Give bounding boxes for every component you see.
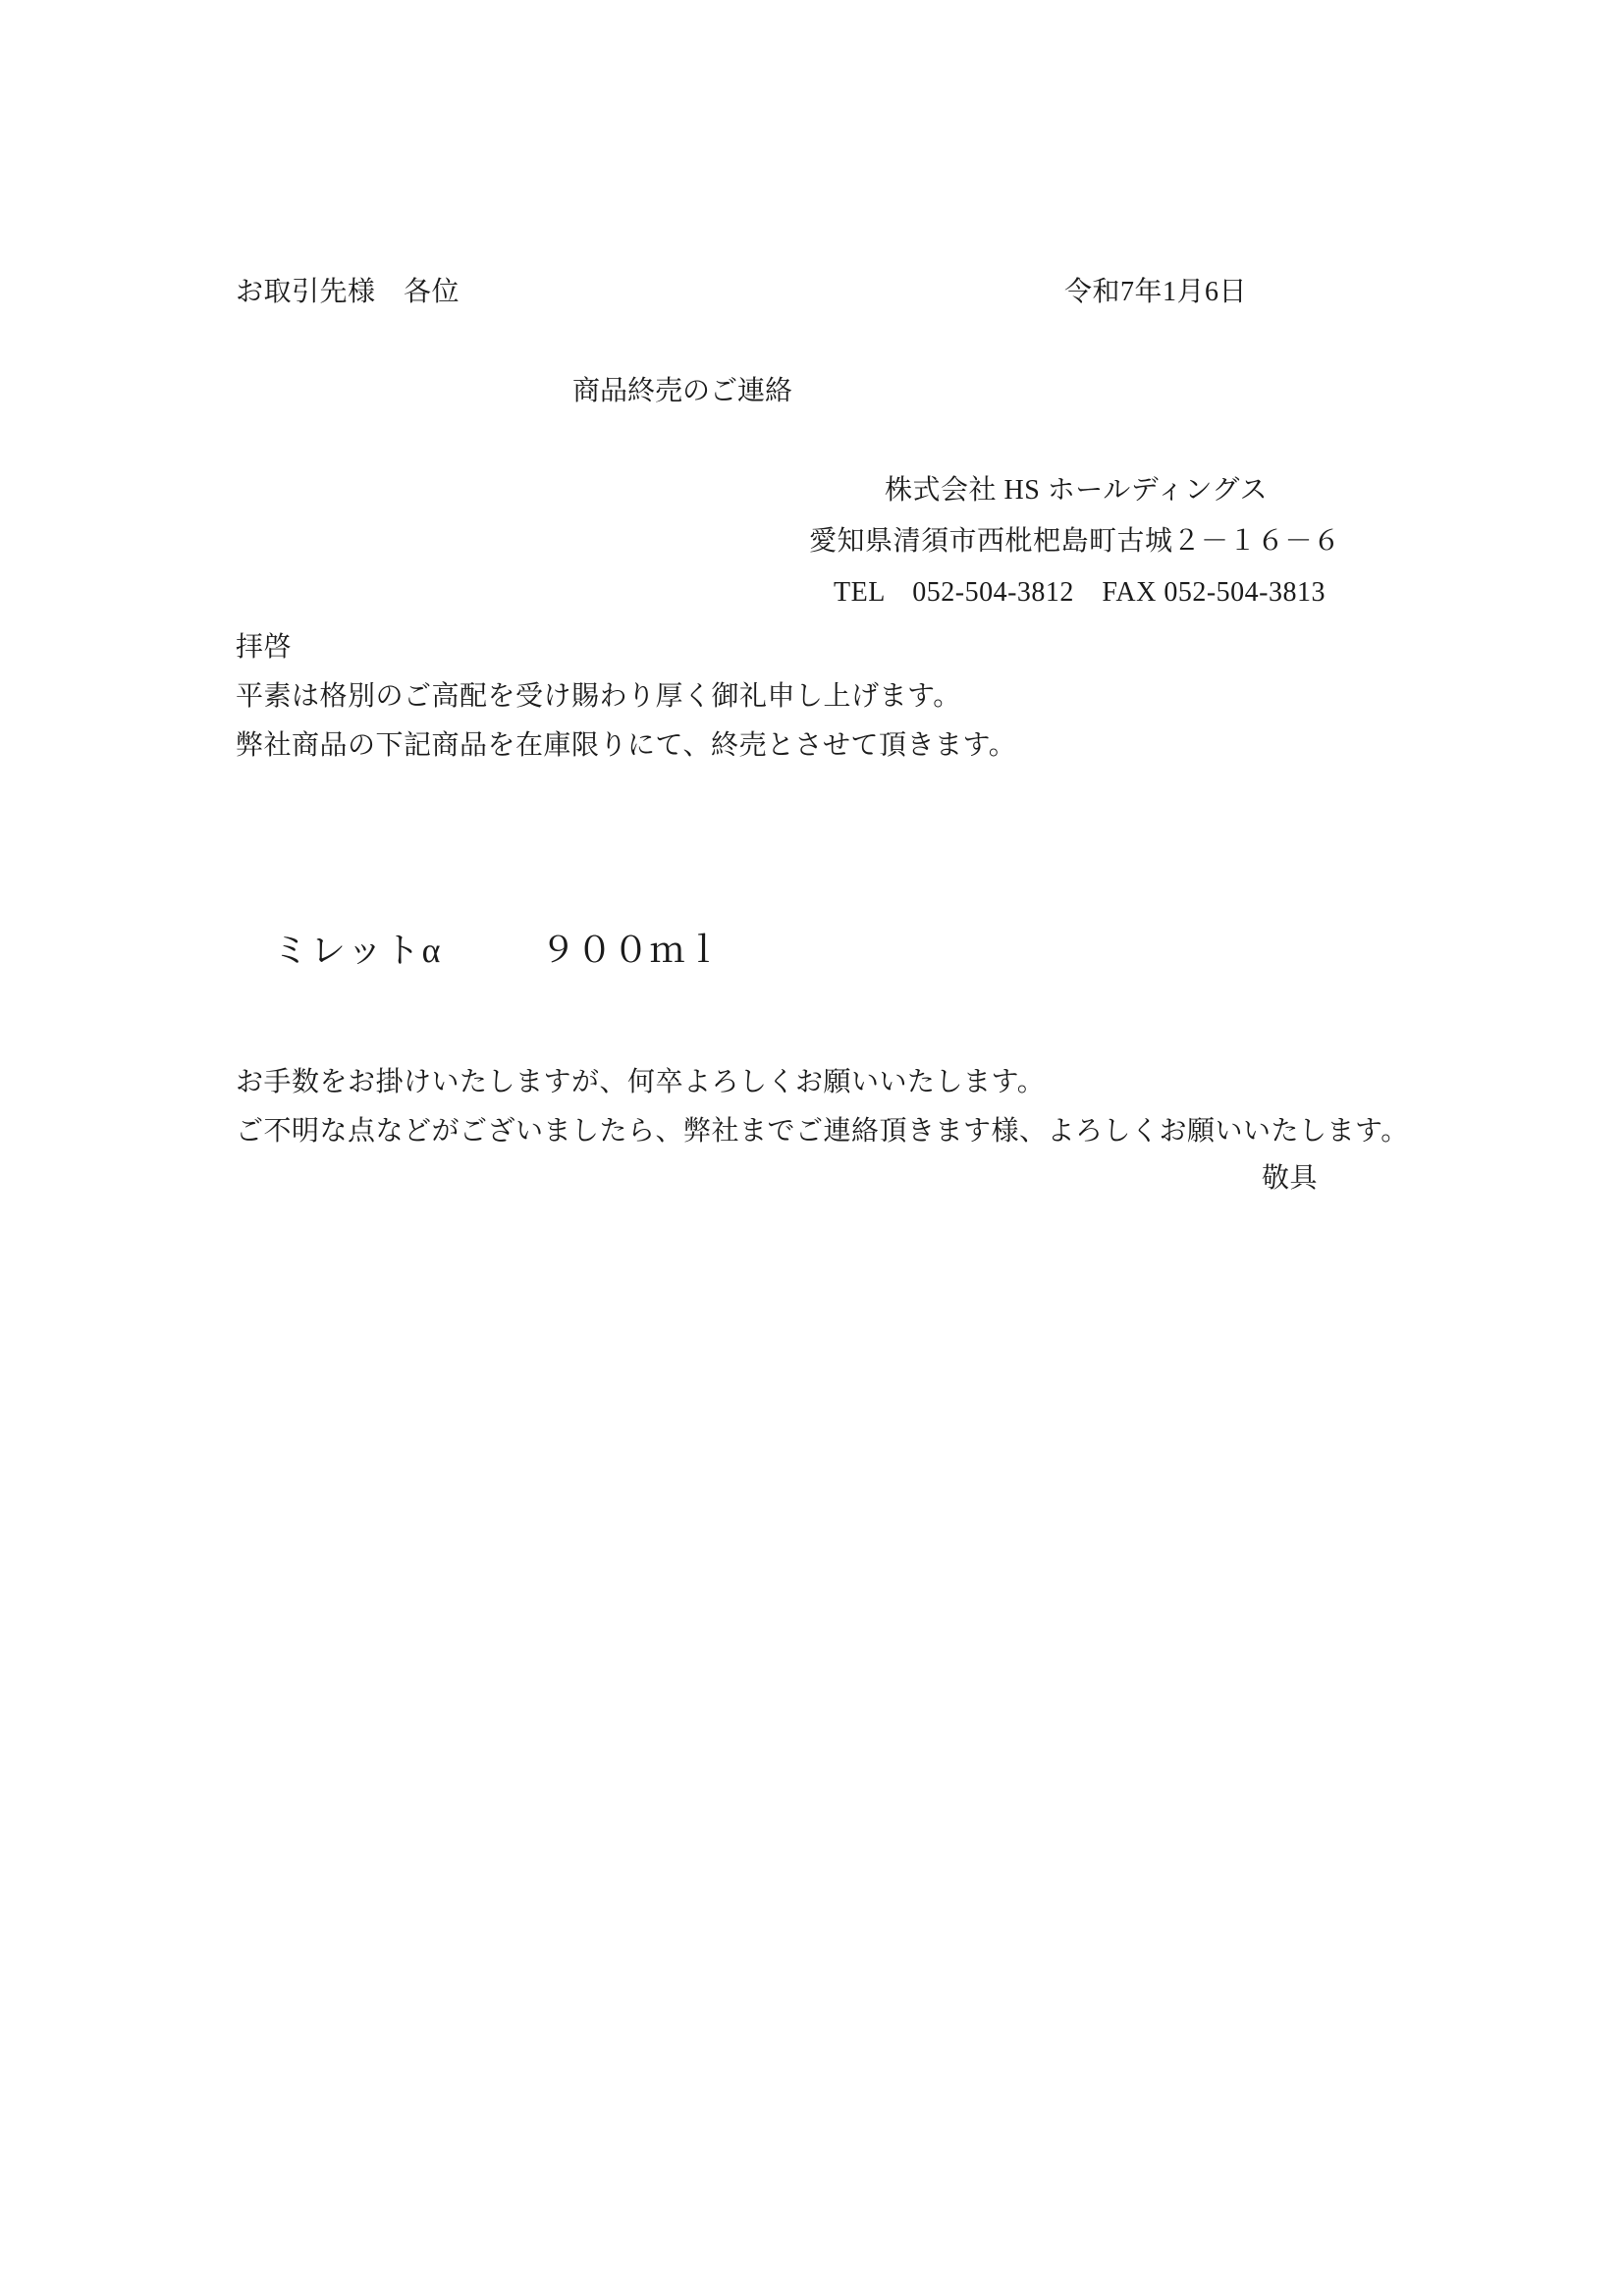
document-page: お取引先様 各位 令和7年1月6日 商品終売のご連絡 株式会社 HS ホールディ… — [0, 0, 1624, 2296]
salutation: 拝啓 — [236, 631, 292, 665]
closing-contact-paragraph: ご不明な点などがございましたら、弊社までご連絡頂きます様、よろしくお願いいたしま… — [236, 1115, 1409, 1148]
product-line: ミレットα９００ｍｌ — [238, 887, 723, 1015]
sender-address: 愛知県清須市西枇杷島町古城２－１６－６ — [809, 525, 1341, 559]
sender-company-name: 株式会社 HS ホールディングス — [885, 474, 1268, 507]
product-name: ミレットα — [273, 931, 443, 970]
product-size: ９００ｍｌ — [541, 931, 723, 970]
discontinuation-notice-paragraph: 弊社商品の下記商品を在庫限りにて、終売とさせて頂きます。 — [236, 729, 1016, 763]
greeting-paragraph: 平素は格別のご高配を受け賜わり厚く御礼申し上げます。 — [236, 680, 961, 714]
document-date: 令和7年1月6日 — [1064, 276, 1247, 309]
document-title: 商品終売のご連絡 — [572, 375, 792, 408]
recipient-line: お取引先様 各位 — [236, 276, 460, 309]
sender-tel-fax: TEL 052-504-3812 FAX 052-504-3813 — [834, 576, 1326, 610]
closing-request-paragraph: お手数をお掛けいたしますが、何卒よろしくお願いいたします。 — [236, 1066, 1045, 1099]
closing-sign-off: 敬具 — [1262, 1162, 1318, 1196]
